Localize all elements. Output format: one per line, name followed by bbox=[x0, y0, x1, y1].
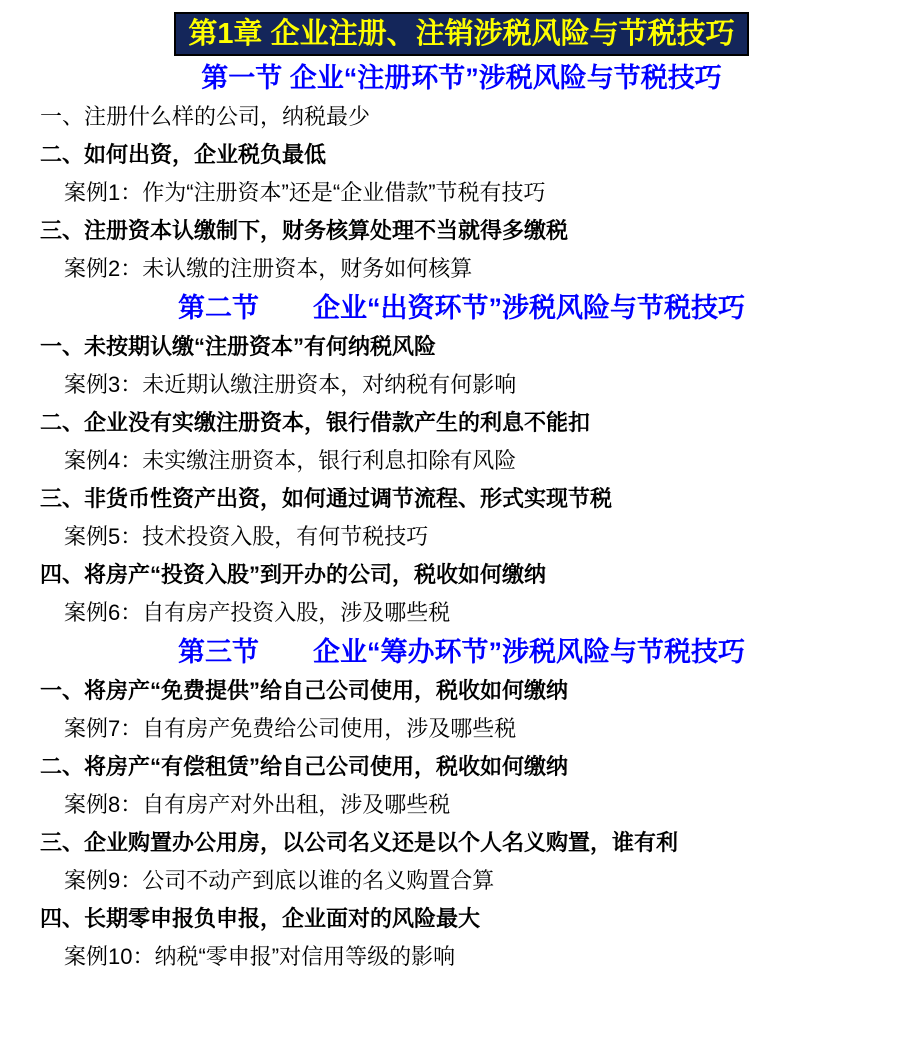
toc-case-item: 案例5：技术投资入股，有何节税技巧 bbox=[38, 518, 885, 556]
toc-item: 二、如何出资，企业税负最低 bbox=[38, 136, 885, 174]
document-page: 第1章 企业注册、注销涉税风险与节税技巧 第一节 企业“注册环节”涉税风险与节税… bbox=[0, 0, 923, 1049]
toc-item: 二、企业没有实缴注册资本，银行借款产生的利息不能扣 bbox=[38, 404, 885, 442]
toc-item: 一、注册什么样的公司，纳税最少 bbox=[38, 98, 885, 136]
chapter-title-banner: 第1章 企业注册、注销涉税风险与节税技巧 bbox=[174, 12, 748, 56]
toc-item: 一、未按期认缴“注册资本”有何纳税风险 bbox=[38, 328, 885, 366]
toc-item: 三、注册资本认缴制下，财务核算处理不当就得多缴税 bbox=[38, 212, 885, 250]
toc-item: 二、将房产“有偿租赁”给自己公司使用，税收如何缴纳 bbox=[38, 748, 885, 786]
toc-case-item: 案例8：自有房产对外出租，涉及哪些税 bbox=[38, 786, 885, 824]
toc-case-item: 案例2：未认缴的注册资本，财务如何核算 bbox=[38, 250, 885, 288]
toc-item: 一、将房产“免费提供”给自己公司使用，税收如何缴纳 bbox=[38, 672, 885, 710]
toc-case-item: 案例1：作为“注册资本”还是“企业借款”节税有技巧 bbox=[38, 174, 885, 212]
section-heading-1: 第一节 企业“注册环节”涉税风险与节税技巧 bbox=[38, 58, 885, 98]
toc-case-item: 案例7：自有房产免费给公司使用，涉及哪些税 bbox=[38, 710, 885, 748]
toc-case-item: 案例9：公司不动产到底以谁的名义购置合算 bbox=[38, 862, 885, 900]
section-heading-3: 第三节 企业“筹办环节”涉税风险与节税技巧 bbox=[38, 632, 885, 672]
toc-item: 三、企业购置办公用房，以公司名义还是以个人名义购置，谁有利 bbox=[38, 824, 885, 862]
toc-item: 四、将房产“投资入股”到开办的公司，税收如何缴纳 bbox=[38, 556, 885, 594]
toc-item: 三、非货币性资产出资，如何通过调节流程、形式实现节税 bbox=[38, 480, 885, 518]
toc-case-item: 案例10：纳税“零申报”对信用等级的影响 bbox=[38, 938, 885, 976]
section-heading-2: 第二节 企业“出资环节”涉税风险与节税技巧 bbox=[38, 288, 885, 328]
toc-case-item: 案例4：未实缴注册资本，银行利息扣除有风险 bbox=[38, 442, 885, 480]
toc-item: 四、长期零申报负申报，企业面对的风险最大 bbox=[38, 900, 885, 938]
toc-case-item: 案例3：未近期认缴注册资本，对纳税有何影响 bbox=[38, 366, 885, 404]
toc-case-item: 案例6：自有房产投资入股，涉及哪些税 bbox=[38, 594, 885, 632]
